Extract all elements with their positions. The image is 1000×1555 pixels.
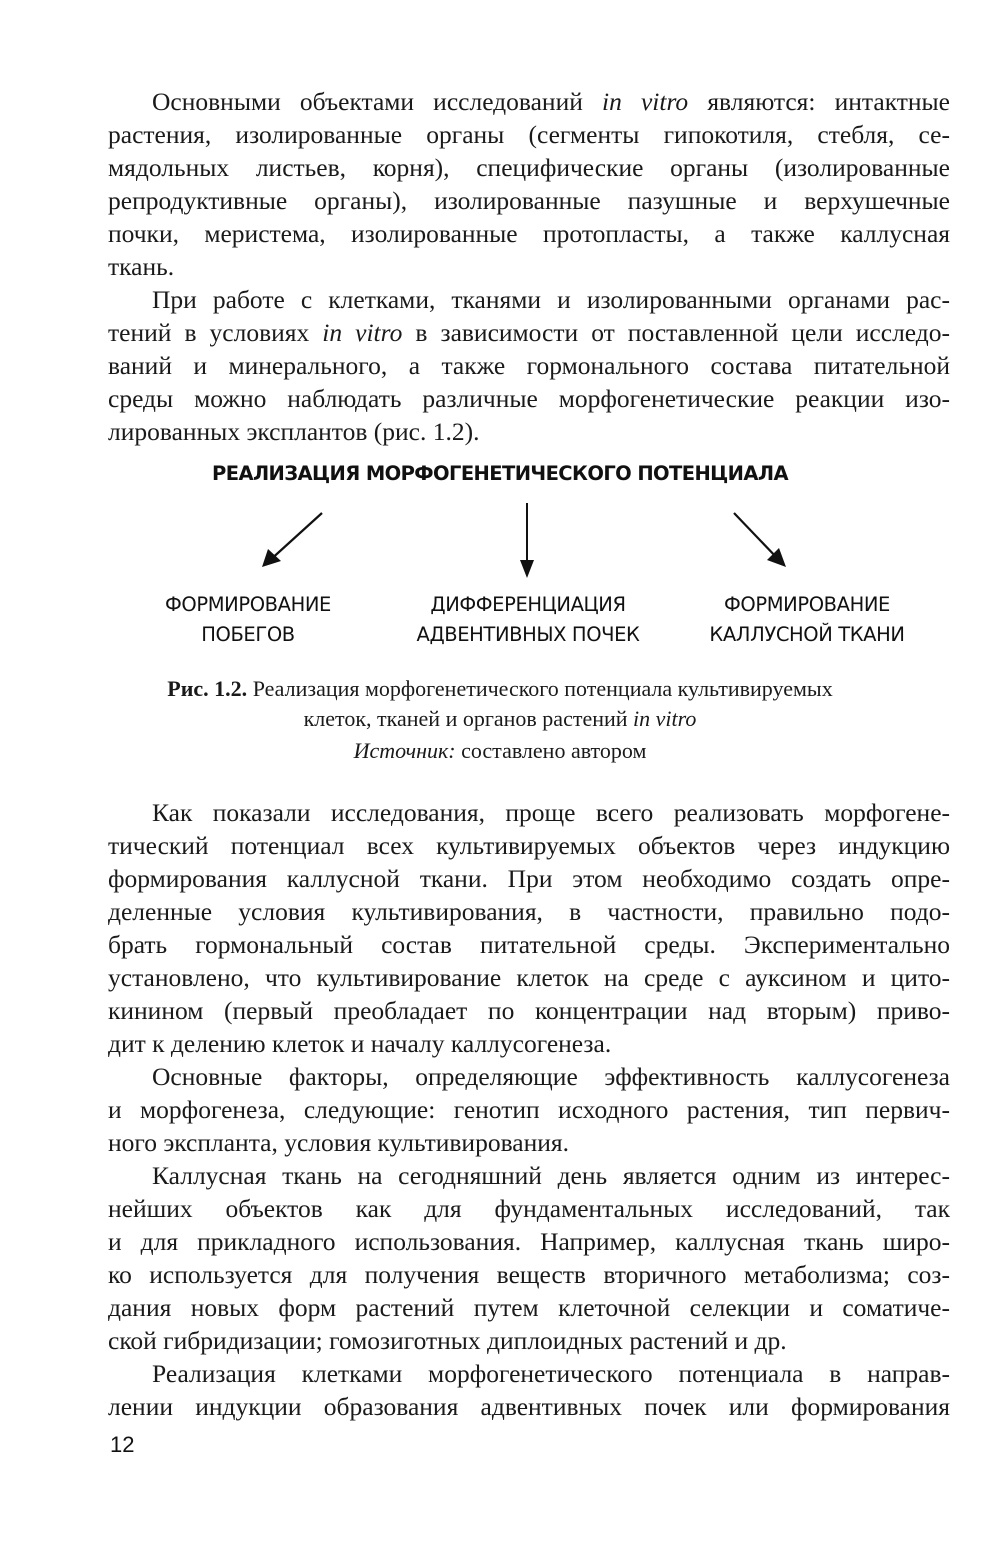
book-page: Основными объектами исследований in vitr… bbox=[0, 0, 1000, 1555]
text-line: кинином (первый преобладает по концентра… bbox=[108, 995, 950, 1027]
figure-source: Источник: составлено автором bbox=[0, 738, 1000, 764]
diagram-arrows bbox=[0, 0, 1000, 600]
diagram-node-callus-formation: ФОРМИРОВАНИЕ КАЛЛУСНОЙ ТКАНИ bbox=[667, 590, 947, 650]
text-line: дит к делению клеток и началу каллусоген… bbox=[108, 1028, 950, 1060]
diagram-node-shoot-formation: ФОРМИРОВАНИЕ ПОБЕГОВ bbox=[108, 590, 388, 650]
text-line: брать гормональный состав питательной ср… bbox=[108, 929, 950, 961]
figure-label: Рис. 1.2. bbox=[167, 676, 247, 701]
text-line: Реализация клетками морфогенетического п… bbox=[152, 1358, 950, 1390]
text-line: нейших объектов как для фундаментальных … bbox=[108, 1193, 950, 1225]
text-line: ской гибридизации; гомозиготных диплоидн… bbox=[108, 1325, 950, 1357]
arrow-down-left-icon bbox=[262, 513, 322, 567]
text-line: и морфогенеза, следующие: генотип исходн… bbox=[108, 1094, 950, 1126]
text-line: дания новых форм растений путем клеточно… bbox=[108, 1292, 950, 1324]
arrow-down-icon bbox=[520, 503, 534, 578]
arrow-down-right-icon bbox=[734, 513, 786, 567]
text-line: деленные условия культивирования, в част… bbox=[108, 896, 950, 928]
text-line: тический потенциал всех культивируемых о… bbox=[108, 830, 950, 862]
text-line: Как показали исследования, проще всего р… bbox=[152, 797, 950, 829]
text-line: Каллусная ткань на сегодняшний день явля… bbox=[152, 1160, 950, 1192]
page-number: 12 bbox=[110, 1432, 134, 1458]
diagram-node-bud-differentiation: ДИФФЕРЕНЦИАЦИЯ АДВЕНТИВНЫХ ПОЧЕК bbox=[388, 590, 668, 650]
text-line: ко используется для получения веществ вт… bbox=[108, 1259, 950, 1291]
text-line: Основные факторы, определяющие эффективн… bbox=[152, 1061, 950, 1093]
text-line: установлено, что культивирование клеток … bbox=[108, 962, 950, 994]
text-line: лении индукции образования адвентивных п… bbox=[108, 1391, 950, 1423]
figure-caption: Рис. 1.2. Реализация морфогенетического … bbox=[0, 674, 1000, 704]
text-line: ного экспланта, условия культивирования. bbox=[108, 1127, 950, 1159]
text-line: формирования каллусной ткани. При этом н… bbox=[108, 863, 950, 895]
figure-caption-line-2: клеток, тканей и органов растений in vit… bbox=[0, 704, 1000, 734]
text-line: и для прикладного использования. Наприме… bbox=[108, 1226, 950, 1258]
